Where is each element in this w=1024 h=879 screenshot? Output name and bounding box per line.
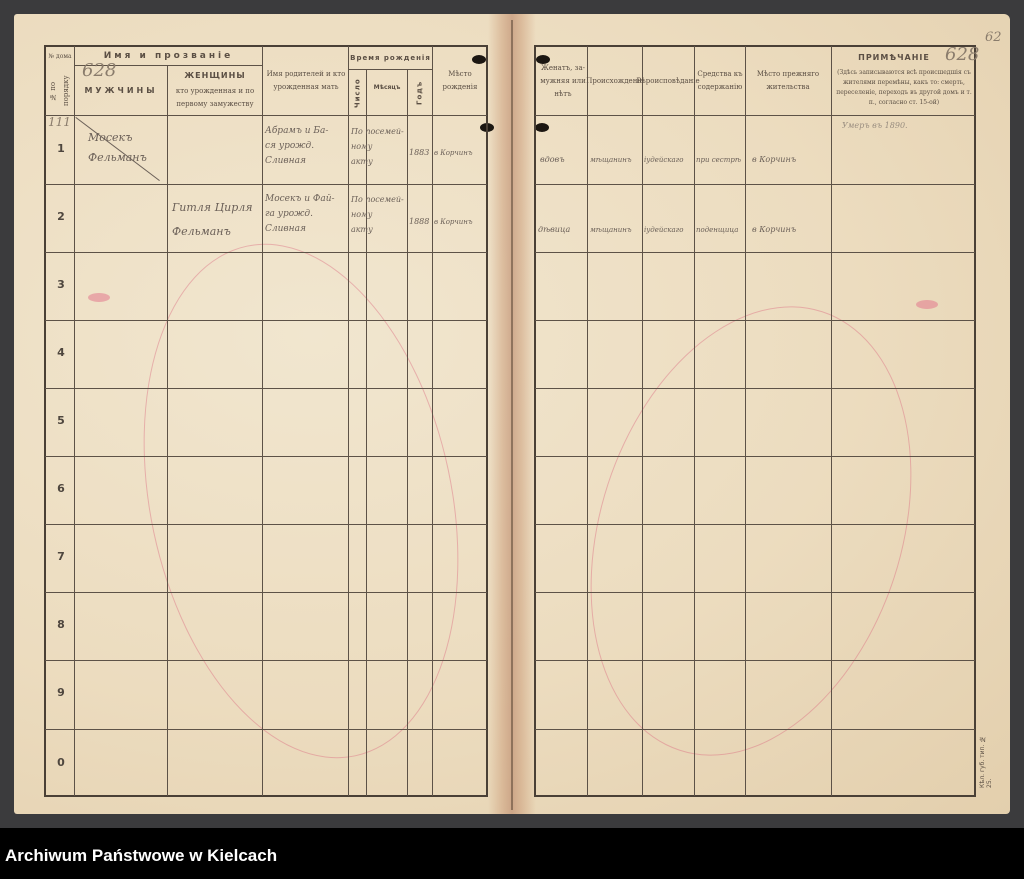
row-number: 6 <box>48 482 74 495</box>
entry-means: при сестрѣ <box>696 152 741 168</box>
entry-birth-year: 1888 <box>409 214 429 230</box>
entry-remarks: Умеръ въ 1890. <box>842 118 908 134</box>
entry-marital: дѣвица <box>538 222 570 238</box>
header-religion: Вѣроисповѣданіе <box>644 50 692 112</box>
folio-number: 62 <box>985 30 1002 45</box>
row-number: 7 <box>48 550 74 563</box>
entry-prefix-pencil: 111 <box>48 115 71 129</box>
header-remarks: ПРИМѢЧАНІЕ <box>834 50 954 64</box>
row-number: 0 <box>48 756 74 769</box>
header-birth-time: Время рожденія <box>349 47 432 69</box>
entry-birth-date: По посемей- ному акту <box>351 192 404 237</box>
entry-birthplace: в Корчинъ <box>434 145 473 161</box>
row-number: 3 <box>48 278 74 291</box>
header-women-sub: кто урожденная и по первому замужеству <box>172 82 258 114</box>
header-house-no: № дома <box>46 47 74 65</box>
header-marital: Женатъ, за-мужняя или нѣтъ <box>540 50 586 112</box>
entry-women-name: Гитля Цирля Фельманъ <box>172 196 253 244</box>
record-number-pencil: 628 <box>945 44 979 65</box>
entry-birth-year: 1883 <box>409 145 429 161</box>
document-viewer: № дома № по порядку Имя и прозваніе МУЖЧ… <box>0 0 1024 828</box>
page-fold <box>511 20 513 810</box>
header-remarks-sub: (Здѣсь записываются всѣ происшедшія съ ж… <box>836 63 972 113</box>
row-number: 4 <box>48 346 74 359</box>
row-number: 5 <box>48 414 74 427</box>
record-number-pencil: 628 <box>82 60 116 81</box>
entry-marital: вдовъ <box>540 152 565 168</box>
entry-origin: мѣщанинъ <box>590 222 632 238</box>
entry-parents: Мосекъ и Фай- га урожд. Сливная <box>265 192 335 237</box>
header-year: Годъ <box>411 72 429 114</box>
entry-birth-date: По посемей- ному акту <box>351 124 404 169</box>
header-parents: Имя родителей и кто урожденная мать <box>266 50 346 112</box>
archive-footer: Archiwum Państwowe w Kielcach <box>0 828 1024 879</box>
header-day: Число <box>350 72 366 114</box>
header-seq-no: № по порядку <box>52 68 68 114</box>
entry-prev-residence: в Корчинъ <box>752 222 796 238</box>
header-means: Средства къ содержанію <box>697 50 743 112</box>
row-number: 8 <box>48 618 74 631</box>
entry-religion: іудейскаго <box>644 222 683 238</box>
row-number: 2 <box>48 210 74 223</box>
archive-name: Archiwum Państwowe w Kielcach <box>5 846 277 866</box>
header-prev-residence: Мѣсто прежняго жительства <box>748 50 828 112</box>
row-number: 9 <box>48 686 74 699</box>
header-origin: Происхожденіе <box>590 50 640 112</box>
header-birthplace: Мѣсто рожденія <box>434 50 486 112</box>
row-number: 1 <box>48 142 74 155</box>
entry-prev-residence: в Корчинъ <box>752 152 796 168</box>
printer-mark: Кѣл. губ. тип. № 25. <box>979 728 993 788</box>
entry-religion: іудейскаго <box>644 152 683 168</box>
entry-birthplace: в Корчинъ <box>434 214 473 230</box>
entry-men-name: Мосекъ Фельманъ <box>88 128 147 168</box>
header-women: ЖЕНЩИНЫ <box>168 68 262 82</box>
entry-means: поденщица <box>696 222 739 238</box>
header-month: Мѣсяцъ <box>367 72 407 102</box>
entry-origin: мѣщанинъ <box>590 152 632 168</box>
entry-parents: Абрамъ и Ба- ся урожд. Сливная <box>265 124 328 169</box>
